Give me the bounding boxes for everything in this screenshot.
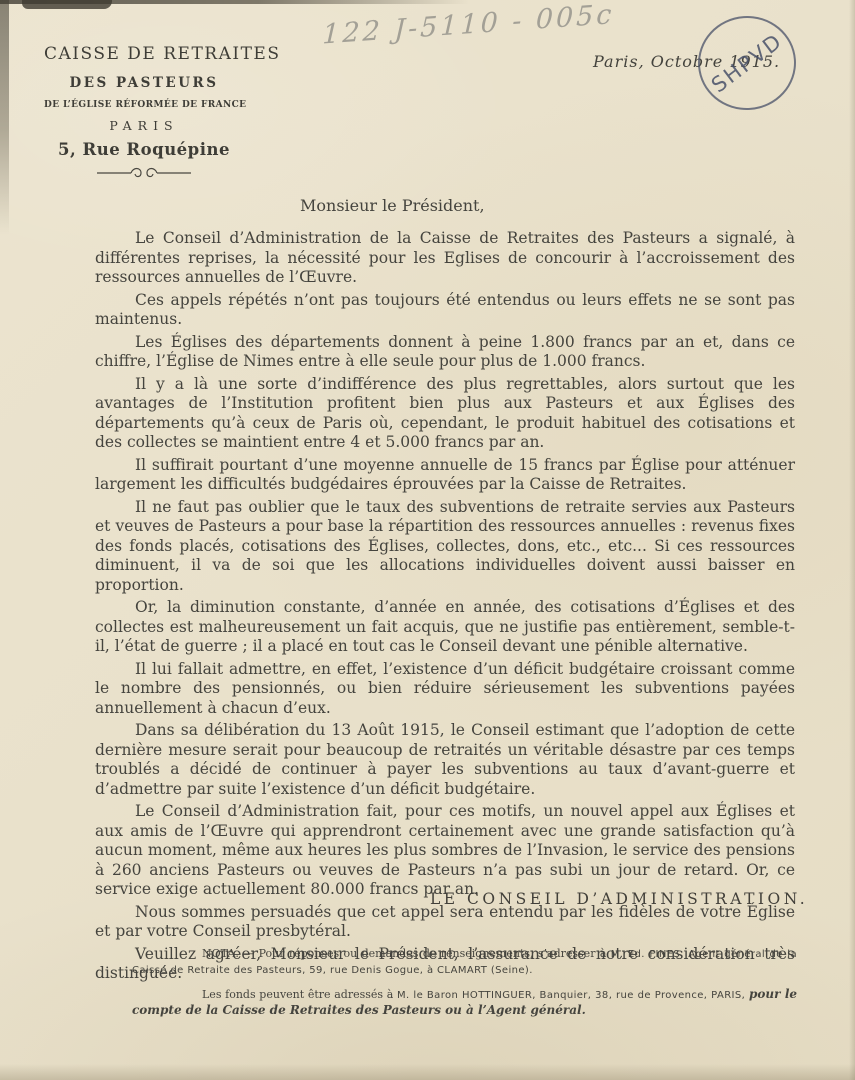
scan-edge-right [849,0,855,1080]
nota2-text: Les fonds peuvent être adressés à [202,988,397,1001]
nota-paragraph-1: NOTA. — Pour réponses ou demandes de ren… [132,946,797,978]
nota1-text: NOTA. — Pour réponses ou demandes de ren… [202,947,611,960]
stamp-text: SHPVD [707,29,787,98]
paragraph: Dans sa délibération du 13 Août 1915, le… [95,721,795,799]
paragraph: Les Églises des départements donnent à p… [95,333,795,372]
letterhead-address: 5, Rue Roquépine [44,140,244,159]
paragraph: Le Conseil d’Administration de la Caisse… [95,229,795,288]
letterhead-org-name: CAISSE DE RETRAITES [44,44,244,64]
paragraph: Il y a là une sorte d’indifférence des p… [95,375,795,453]
scan-edge-left [0,0,9,235]
paragraph: Nous sommes persuadés que cet appel sera… [95,903,795,942]
paragraph: Il suffirait pourtant d’une moyenne annu… [95,456,795,495]
paragraph: Or, la diminution constante, d’année en … [95,598,795,657]
letter-body: Monsieur le Président, Le Conseil d’Admi… [95,196,795,987]
flourish-ornament-icon [44,165,244,185]
letterhead-church-line: DE L’ÉGLISE RÉFORMÉE DE FRANCE [44,100,244,110]
scan-edge-blotch [22,0,112,9]
letterhead: CAISSE DE RETRAITES DES PASTEURS DE L’ÉG… [44,44,244,185]
paragraph: Le Conseil d’Administration fait, pour c… [95,802,795,900]
scan-edge-bottom [0,1064,855,1080]
nota-block: NOTA. — Pour réponses ou demandes de ren… [132,946,797,1027]
nota-paragraph-2: Les fonds peuvent être adressés à M. le … [132,987,797,1018]
letterhead-city: PARIS [44,118,244,133]
salutation: Monsieur le Président, [300,196,795,215]
paragraph: Ces appels répétés n’ont pas toujours ét… [95,291,795,330]
signature-line: LE CONSEIL D’ADMINISTRATION. [430,890,770,908]
nota2-banker-details: M. le Baron HOTTINGUER, Banquier, 38, ru… [397,990,749,1001]
paragraph: Il ne faut pas oublier que le taux des s… [95,498,795,596]
letterhead-org-subname: DES PASTEURS [44,75,244,91]
paragraph: Il lui fallait admettre, en effet, l’exi… [95,660,795,719]
